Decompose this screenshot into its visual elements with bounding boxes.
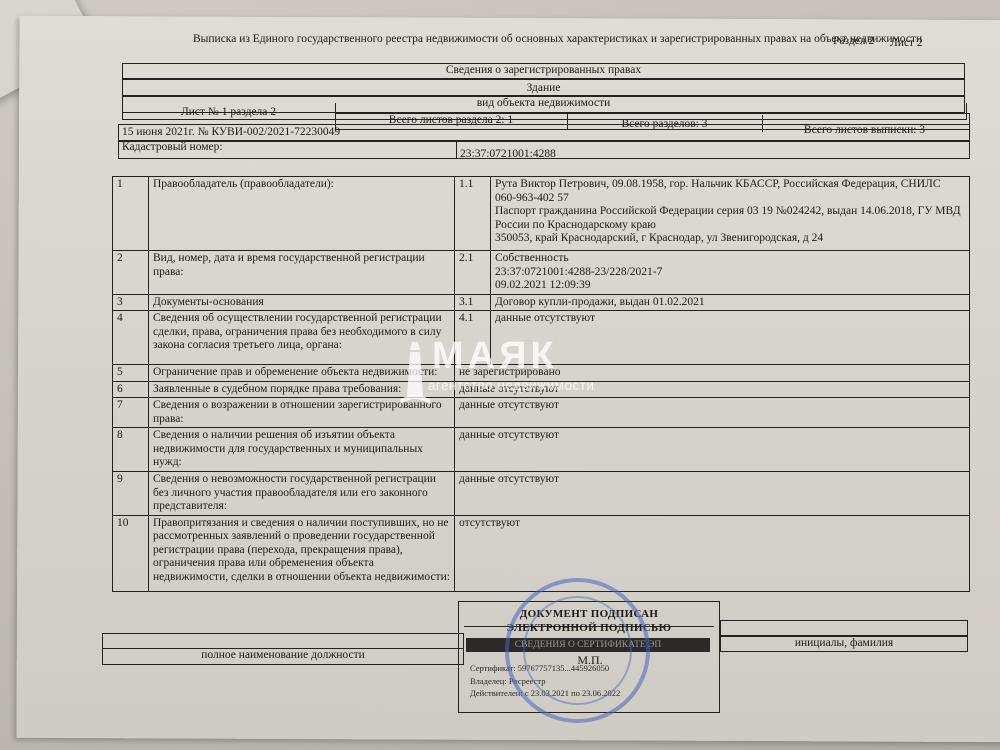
cadastral-number: 23:37:0721001:4288 xyxy=(460,148,556,161)
row-value: данные отсутствуют xyxy=(455,398,970,428)
row-label: Сведения о невозможности государственной… xyxy=(149,472,455,516)
extract-reference: 15 июня 2021г. № КУВИ-002/2021-72230049 xyxy=(122,126,340,139)
certificate-number-label: Сертификат: xyxy=(470,663,516,673)
row-value-line: 350053, край Краснодарский, г Краснодар,… xyxy=(495,232,965,246)
divider xyxy=(456,141,457,159)
signed-line-1: ДОКУМЕНТ ПОДПИСАН xyxy=(458,608,720,620)
certificate-owner-row: Владелец: Росреестр xyxy=(470,676,545,687)
row-value-line: Договор купли-продажи, выдан 01.02.2021 xyxy=(495,296,965,310)
sheet-label: Лист 2 xyxy=(890,37,923,50)
row-value-line: Собственность xyxy=(495,252,965,266)
row-label: Правопритязания и сведения о наличии пос… xyxy=(149,515,455,591)
row-value-line: Паспорт гражданина Российской Федерации … xyxy=(495,205,965,219)
row-label: Вид, номер, дата и время государственной… xyxy=(149,251,455,295)
row-label: Ограничение прав и обременение объекта н… xyxy=(149,365,455,382)
certificate-validity-row: Действителен: с 23.03.2021 по 23.06.2022 xyxy=(470,688,620,699)
row-number: 8 xyxy=(113,428,149,472)
name-field xyxy=(720,620,968,636)
table-row: 1Правообладатель (правообладатели):1.1Ру… xyxy=(113,177,970,251)
row-value: не зарегистрировано xyxy=(455,365,970,382)
row-label: Сведения о возражении в отношении зареги… xyxy=(149,398,455,428)
row-value-line: не зарегистрировано xyxy=(459,366,965,380)
row-value-line: России по Краснодарскому краю xyxy=(495,219,965,233)
row-value-line: данные отсутствуют xyxy=(459,429,965,443)
row-subnumber: 2.1 xyxy=(455,251,491,295)
cadastral-label: Кадастровый номер: xyxy=(122,141,223,154)
row-label: Документы-основания xyxy=(149,294,455,311)
row-subnumber: 4.1 xyxy=(455,311,491,365)
row-subnumber: 3.1 xyxy=(455,294,491,311)
table-row: 7Сведения о возражении в отношении зарег… xyxy=(113,398,970,428)
certificate-validity-label: Действителен: xyxy=(470,688,523,698)
row-value: Собственность23:37:0721001:4288-23/228/2… xyxy=(491,251,970,295)
row-value: данные отсутствуют xyxy=(455,472,970,516)
row-number: 2 xyxy=(113,251,149,295)
certificate-number-row: Сертификат: 59767757135...445926050 xyxy=(470,663,609,674)
name-caption: инициалы, фамилия xyxy=(720,637,968,650)
row-number: 5 xyxy=(113,365,149,382)
row-label: Правообладатель (правообладатели): xyxy=(149,177,455,251)
section-label: Раздел 2 xyxy=(833,35,874,48)
certificate-validity: с 23.03.2021 по 23.06.2022 xyxy=(525,688,620,698)
table-row: 5Ограничение прав и обременение объекта … xyxy=(113,365,970,382)
row-value: Договор купли-продажи, выдан 01.02.2021 xyxy=(491,294,970,311)
table-row: 8Сведения о наличии решения об изъятии о… xyxy=(113,428,970,472)
row-value: отсутствуют xyxy=(455,515,970,591)
subtitle: Сведения о зарегистрированных правах xyxy=(122,64,965,77)
table-row: 9Сведения о невозможности государственно… xyxy=(113,472,970,516)
row-number: 4 xyxy=(113,311,149,365)
table-row: 10Правопритязания и сведения о наличии п… xyxy=(113,515,970,591)
certificate-owner-label: Владелец: xyxy=(470,676,507,686)
row-label: Заявленные в судебном порядке права треб… xyxy=(149,381,455,398)
row-number: 9 xyxy=(113,472,149,516)
table-row: 4Сведения об осуществлении государственн… xyxy=(113,311,970,365)
row-value-line: отсутствуют xyxy=(459,517,965,531)
row-value-line: данные отсутствуют xyxy=(459,399,965,413)
row-value: данные отсутствуют xyxy=(455,428,970,472)
certificate-info-bar: СВЕДЕНИЯ О СЕРТИФИКАТЕ ЭП xyxy=(466,638,710,652)
row-value: данные отсутствуют xyxy=(455,381,970,398)
position-caption: полное наименование должности xyxy=(102,649,464,662)
row-label: Сведения о наличии решения об изъятии об… xyxy=(149,428,455,472)
row-subnumber: 1.1 xyxy=(455,177,491,251)
object-type-value: Здание xyxy=(122,82,965,95)
certificate-number: 59767757135...445926050 xyxy=(518,663,609,673)
table-row: 6Заявленные в судебном порядке права тре… xyxy=(113,381,970,398)
table-row: 3Документы-основания3.1Договор купли-про… xyxy=(113,294,970,311)
row-value-line: данные отсутствуют xyxy=(495,312,965,326)
row-value-line: данные отсутствуют xyxy=(459,383,965,397)
row-number: 6 xyxy=(113,381,149,398)
row-value-line: 09.02.2021 12:09:39 xyxy=(495,279,965,293)
row-number: 10 xyxy=(113,515,149,591)
row-value-line: Рута Виктор Петрович, 09.08.1958, гор. Н… xyxy=(495,178,965,192)
row-number: 7 xyxy=(113,398,149,428)
signed-line-2: ЭЛЕКТРОННОЙ ПОДПИСЬЮ xyxy=(458,622,720,634)
row-number: 1 xyxy=(113,177,149,251)
rights-table: 1Правообладатель (правообладатели):1.1Ру… xyxy=(112,176,970,592)
position-field xyxy=(102,633,464,649)
row-value-line: данные отсутствуют xyxy=(459,473,965,487)
document-title: Выписка из Единого государственного реес… xyxy=(193,33,922,46)
row-value-line: 060-963-402 57 xyxy=(495,192,965,206)
row-label: Сведения об осуществлении государственно… xyxy=(149,311,455,365)
sheet-of-section: Лист № 1 раздела 2 xyxy=(122,106,335,119)
row-value-line: 23:37:0721001:4288-23/228/2021-7 xyxy=(495,266,965,280)
certificate-owner: Росреестр xyxy=(509,676,546,686)
row-value: Рута Виктор Петрович, 09.08.1958, гор. Н… xyxy=(491,177,970,251)
row-value: данные отсутствуют xyxy=(491,311,970,365)
row-number: 3 xyxy=(113,294,149,311)
table-row: 2Вид, номер, дата и время государственно… xyxy=(113,251,970,295)
